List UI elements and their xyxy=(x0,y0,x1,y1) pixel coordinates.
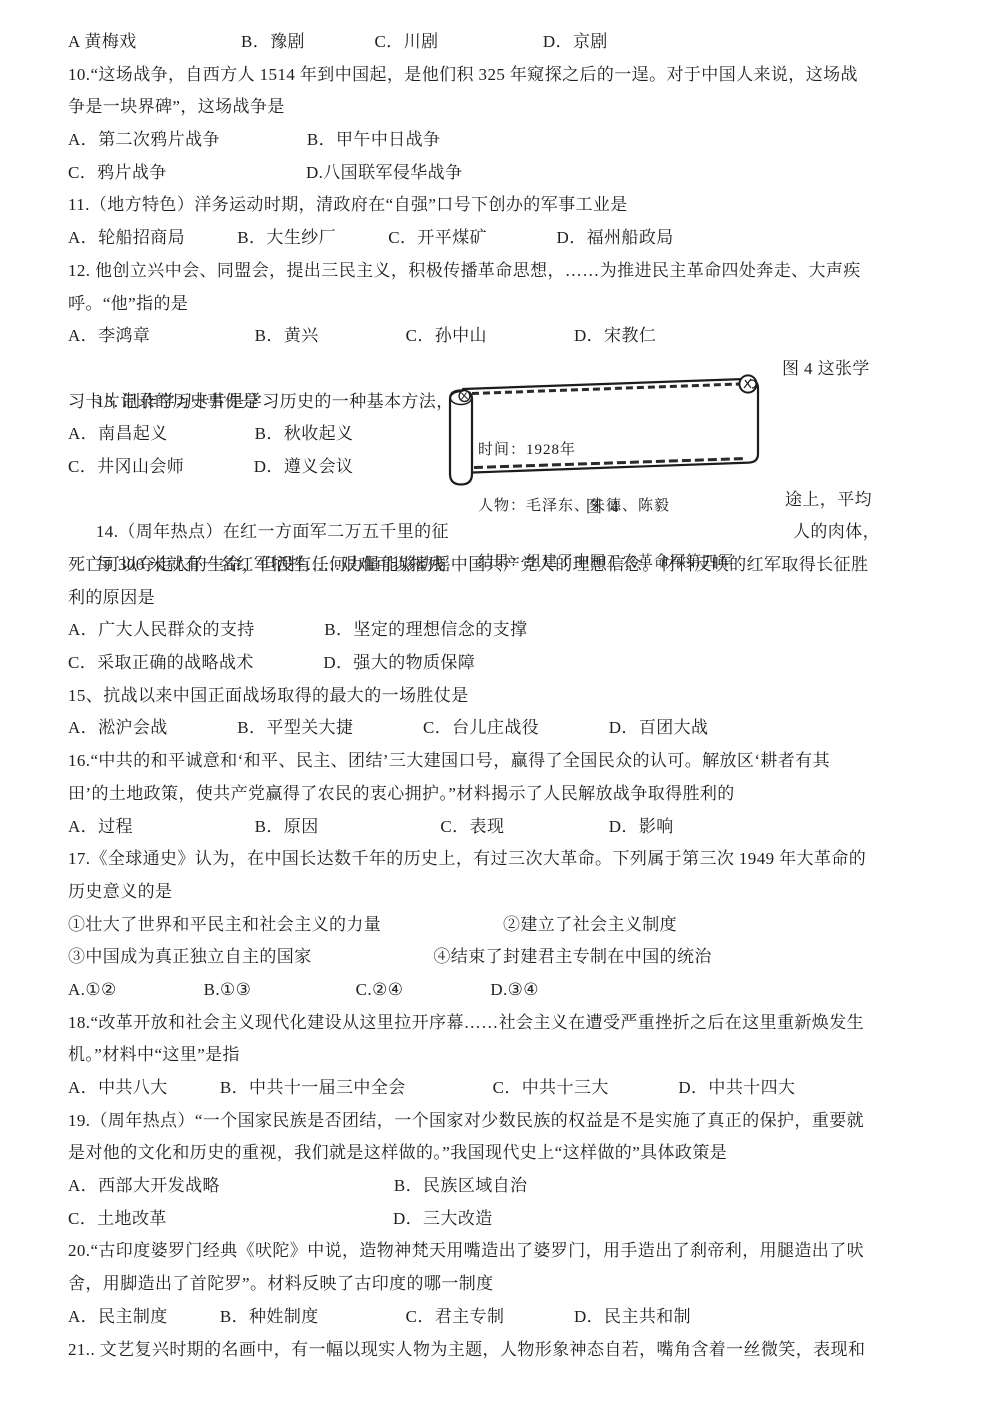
q16-options-row: A．过程 B．原因 C．表现 D．影响 xyxy=(68,811,968,844)
q17-options-row: A.①② B.①③ C.②④ D.③④ xyxy=(68,974,968,1007)
q10-stem-line-1: 10.“这场战争，自西方人 1514 年到中国起，是他们积 325 年窥探之后的… xyxy=(68,59,968,92)
q17-stem-line-1: 17.《全球通史》认为，在中国长达数千年的历史上，有过三次大革命。下列属于第三次… xyxy=(68,843,968,876)
q16-stem-line-1: 16.“中共的和平诚意和‘和平、民主、团结’三大建国口号，赢得了全国民众的认可。… xyxy=(68,745,968,778)
q18-stem-line-1: 18.“改革开放和社会主义现代化建设从这里拉开序幕……社会主义在遭受严重挫折之后… xyxy=(68,1007,968,1040)
q17-stem-line-2: 历史意义的是 xyxy=(68,876,968,909)
q12-stem-line-2: 呼。“他”指的是 xyxy=(68,288,968,321)
q20-stem-line-2: 舍，用脚造出了首陀罗”。材料反映了古印度的哪一制度 xyxy=(68,1268,968,1301)
q10-options-row-ab: A．第二次鸦片战争 B．甲午中日战争 xyxy=(68,124,968,157)
q13-stem-right-fragment: 图 4 这张学 xyxy=(782,353,870,386)
q16-stem-line-2: 田’的土地政策，使共产党赢得了农民的衷心拥护。”材料揭示了人民解放战争取得胜利的 xyxy=(68,778,968,811)
q17-items-row-34: ③中国成为真正独立自主的国家 ④结束了封建君主专制在中国的统治 xyxy=(68,941,968,974)
figure4-caption: 图 4 xyxy=(448,493,758,517)
q11-stem-line: 11.（地方特色）洋务运动时期，清政府在“自强”口号下创办的军事工业是 xyxy=(68,189,968,222)
q14-stem-right-fragment-1: 途上，平均 xyxy=(785,484,872,517)
text-flow: A 黄梅戏 B．豫剧 C．川剧 D．京剧 10.“这场战争，自西方人 1514 … xyxy=(68,26,968,1366)
q19-options-row-ab: A．西部大开发战略 B．民族区域自治 xyxy=(68,1170,968,1203)
q14-options-row-ab: A．广大人民群众的支持 B．坚定的理想信念的支撑 xyxy=(68,614,968,647)
q19-options-row-cd: C．土地改革 D．三大改造 xyxy=(68,1203,968,1236)
q15-options-row: A．淞沪会战 B．平型关大捷 C．台儿庄战役 D．百团大战 xyxy=(68,712,968,745)
exam-document-page: A 黄梅戏 B．豫剧 C．川剧 D．京剧 10.“这场战争，自西方人 1514 … xyxy=(0,0,992,1403)
q21-stem-line-1: 21.. 文艺复兴时期的名画中，有一幅以现实人物为主题，人物形象神态自若，嘴角含… xyxy=(68,1334,968,1367)
q11-options-row: A．轮船招商局 B．大生纱厂 C．开平煤矿 D．福州船政局 xyxy=(68,222,968,255)
q14-options-row-cd: C．采取正确的战略战术 D．强大的物质保障 xyxy=(68,647,968,680)
q18-options-row: A．中共八大 B．中共十一届三中全会 C．中共十三大 D．中共十四大 xyxy=(68,1072,968,1105)
q10-stem-line-2: 争是一块界碑”，这场战争是 xyxy=(68,91,968,124)
q17-items-row-12: ①壮大了世界和平民主和社会主义的力量 ②建立了社会主义制度 xyxy=(68,909,968,942)
q12-stem-line-1: 12. 他创立兴中会、同盟会，提出三民主义，积极传播革命思想，……为推进民主革命… xyxy=(68,255,968,288)
q9-options-row: A 黄梅戏 B．豫剧 C．川剧 D．京剧 xyxy=(68,26,968,59)
figure4-row-result: 结果：组建了中国工农革命军第四军 xyxy=(478,553,734,572)
q20-stem-line-1: 20.“古印度婆罗门经典《吠陀》中说，造物神梵天用嘴造出了婆罗门，用手造出了刹帝… xyxy=(68,1235,968,1268)
figure4-card: 时间：1928年 人物：毛泽东、朱德、陈毅 结果：组建了中国工农革命军第四军 图… xyxy=(448,374,770,524)
q19-stem-line-1: 19.（周年热点）“一个国家民族是否团结，一个国家对少数民族的权益是不是实施了真… xyxy=(68,1105,968,1138)
figure4-row-time: 时间：1928年 xyxy=(478,441,734,460)
q14-stem-right-fragment-2: 人的肉体， xyxy=(793,516,880,549)
q15-stem-line: 15、抗战以来中国正面战场取得的最大的一场胜仗是 xyxy=(68,680,968,713)
q19-stem-line-2: 是对他的文化和历史的重视，我们就是这样做的。”我国现代史上“这样做的”具体政策是 xyxy=(68,1137,968,1170)
q10-options-row-cd: C．鸦片战争 D.八国联军侵华战争 xyxy=(68,157,968,190)
q18-stem-line-2: 机。”材料中“这里”是指 xyxy=(68,1039,968,1072)
q20-options-row: A．民主制度 B．种姓制度 C．君主专制 D．民主共和制 xyxy=(68,1301,968,1334)
q12-options-row: A．李鸿章 B．黄兴 C．孙中山 D．宋教仁 xyxy=(68,320,968,353)
